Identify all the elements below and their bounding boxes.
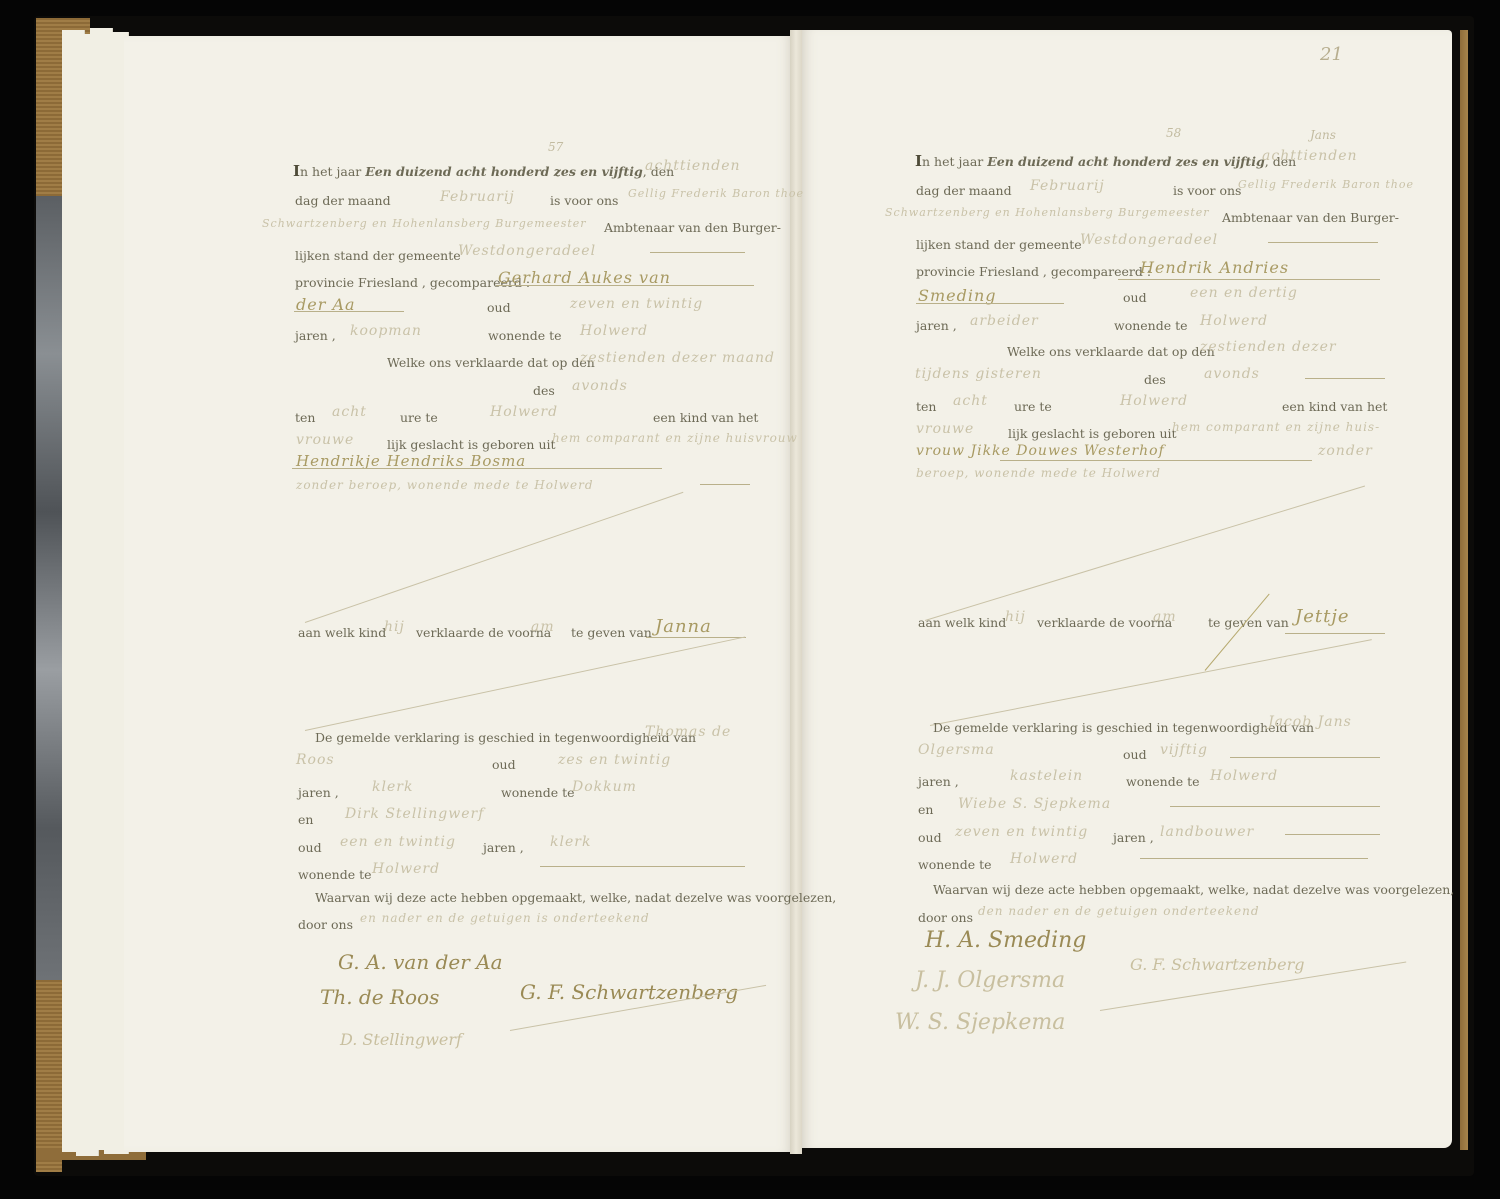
label-en: en: [298, 812, 313, 827]
rule: [294, 311, 404, 312]
signature: G. F. Schwartzenberg: [1130, 955, 1305, 974]
label-jaren: jaren ,: [916, 318, 957, 333]
hw-child-name: Jettje: [1295, 606, 1350, 627]
hw-witness2-name: Wiebe S. Sjepkema: [958, 796, 1111, 812]
label-tegenwoordigheid: De gemelde verklaring is geschied in teg…: [315, 730, 696, 745]
rule: [1000, 460, 1312, 461]
label-oud: oud: [298, 840, 322, 855]
label-waarvan: Waarvan wij deze acte hebben opgemaakt, …: [315, 890, 836, 905]
hw-month: Februarij: [440, 189, 515, 205]
hw-month: Februarij: [1030, 178, 1105, 194]
label-des: des: [1144, 372, 1166, 387]
label-ure-te: ure te: [400, 410, 438, 425]
label-wonende-te: wonende te: [918, 857, 992, 872]
label-aan-welk-kind: aan welk kind: [918, 615, 1006, 630]
hw-witness1-occupation: kastelein: [1010, 768, 1083, 784]
spine-cloth-bottom: [36, 980, 62, 1172]
hw-time-of-day: avonds: [572, 378, 628, 394]
hw-birth-day: zestienden dezer maand: [580, 350, 775, 366]
label-des: des: [533, 383, 555, 398]
hw-parents-c: zonder beroep, wonende mede te Holwerd: [296, 478, 594, 492]
label-kind-van-het: een kind van het: [653, 410, 758, 425]
label-geboren-uit: lijk geslacht is geboren uit: [1008, 426, 1177, 441]
rule: [1118, 279, 1380, 280]
hw-voorna-suffix: am: [531, 619, 555, 635]
label-geboren-uit: lijk geslacht is geboren uit: [387, 437, 556, 452]
hw-mother-name: vrouw Jikke Douwes Westerhof: [916, 443, 1165, 459]
label-jaren: jaren ,: [295, 328, 336, 343]
hw-official-a: Gellig Frederik Baron thoe: [628, 187, 804, 200]
signature: Th. de Roos: [320, 985, 439, 1009]
hw-witness2-age: een en twintig: [340, 834, 456, 850]
label-voor-ons: is voor ons: [1173, 183, 1241, 198]
signature: J. J. Olgersma: [915, 968, 1065, 993]
label-wonende-te: wonende te: [298, 867, 372, 882]
hw-birth-place: Holwerd: [1120, 393, 1188, 409]
hw-witness2-residence: Holwerd: [1010, 851, 1078, 867]
hw-time-of-day: avonds: [1204, 366, 1260, 382]
hw-witness1-residence: Holwerd: [1210, 768, 1278, 784]
signature: H. A. Smeding: [925, 928, 1086, 953]
hw-day: achttienden: [1262, 148, 1358, 164]
hw-declarant-a: Hendrik Andries: [1140, 258, 1289, 277]
label-ure-te: ure te: [1014, 399, 1052, 414]
rule: [700, 484, 750, 485]
record-number: 57: [548, 140, 563, 154]
hw-witness2-residence: Holwerd: [372, 861, 440, 877]
label-jaren: jaren ,: [918, 774, 959, 789]
label-gecompareerd: provincie Friesland , gecompareerd :: [295, 275, 530, 290]
label-wonende: wonende te: [1126, 774, 1200, 789]
hw-witness1-occupation: klerk: [372, 779, 413, 795]
signature: G. F. Schwartzenberg: [520, 980, 738, 1004]
rule: [1268, 242, 1378, 243]
hw-parents-a: hem comparant en zijne huisvrouw: [552, 431, 798, 445]
margin-note: Jans: [1310, 128, 1336, 142]
hw-hour: acht: [332, 404, 367, 420]
label-tegenwoordigheid: De gemelde verklaring is geschied in teg…: [933, 720, 1314, 735]
hw-municipality: Westdongeradeel: [1080, 232, 1218, 248]
hw-witness2-name: Dirk Stellingwerf: [345, 806, 484, 822]
label-en: en: [918, 802, 933, 817]
label-oud: oud: [1123, 290, 1147, 305]
hw-witness1-a: Jacob Jans: [1268, 714, 1352, 730]
hw-declarant-residence: Holwerd: [580, 323, 648, 339]
hw-witness2-occupation: klerk: [550, 834, 591, 850]
hw-declarant-age: een en dertig: [1190, 285, 1298, 301]
label-gemeente: lijken stand der gemeente: [295, 248, 461, 263]
label-wonende: wonende te: [488, 328, 562, 343]
hw-declarant-occupation: arbeider: [970, 313, 1039, 329]
hw-signers: en nader en de getuigen is onderteekend: [360, 911, 650, 925]
label-oud: oud: [918, 830, 942, 845]
rule: [1305, 378, 1385, 379]
right-page: [800, 30, 1452, 1148]
label-verklaarde: Welke ons verklaarde dat op den: [1007, 344, 1215, 359]
signature: D. Stellingwerf: [340, 1030, 462, 1049]
rule: [1140, 858, 1368, 859]
hw-birth-place: Holwerd: [490, 404, 558, 420]
label-ten: ten: [916, 399, 936, 414]
hw-hour: acht: [953, 393, 988, 409]
label-jaren: jaren ,: [1113, 830, 1154, 845]
hw-parents-a: hem comparant en zijne huis-: [1172, 420, 1380, 434]
hw-declarant-occupation: koopman: [350, 323, 422, 339]
hw-birth-day-b: tijdens gisteren: [915, 366, 1042, 382]
hw-sex: vrouwe: [916, 421, 974, 437]
rule: [1285, 834, 1380, 835]
rule: [916, 303, 1064, 304]
rule: [292, 468, 662, 469]
label-oud: oud: [492, 757, 516, 772]
rule: [646, 637, 746, 638]
hw-witness1-a: Thomas de: [645, 724, 731, 740]
label-oud: oud: [1123, 747, 1147, 762]
hw-official-b: Schwartzenberg en Hohenlansberg Burgemee…: [262, 217, 587, 230]
record-intro: In het jaar Een duizend acht honderd zes…: [293, 162, 674, 180]
record-intro: In het jaar Een duizend acht honderd zes…: [915, 152, 1296, 170]
label-waarvan: Waarvan wij deze acte hebben opgemaakt, …: [933, 882, 1454, 897]
label-voorna: verklaarde de voorna: [1037, 615, 1172, 630]
hw-official-b: Schwartzenberg en Hohenlansberg Burgemee…: [885, 206, 1210, 219]
label-door-ons: door ons: [298, 917, 353, 932]
rule: [1285, 633, 1385, 634]
label-kind-van-het: een kind van het: [1282, 399, 1387, 414]
label-month: dag der maand: [916, 183, 1012, 198]
hw-witness2-occupation: landbouwer: [1160, 824, 1254, 840]
hw-declarant-residence: Holwerd: [1200, 313, 1268, 329]
record-number: 58: [1166, 126, 1181, 140]
label-wonende: wonende te: [1114, 318, 1188, 333]
rule: [540, 866, 745, 867]
hw-gender-word: hij: [384, 619, 405, 635]
hw-day: achttienden: [645, 158, 741, 174]
signature: W. S. Sjepkema: [895, 1010, 1065, 1035]
hw-parents-c: beroep, wonende mede te Holwerd: [916, 466, 1161, 480]
hw-child-name: Janna: [655, 616, 712, 637]
signature: G. A. van der Aa: [338, 950, 503, 974]
label-gecompareerd: provincie Friesland , gecompareerd :: [916, 264, 1151, 279]
hw-witness1-age: vijftig: [1160, 742, 1208, 758]
label-ambtenaar: Ambtenaar van den Burger-: [604, 220, 781, 235]
label-ten: ten: [295, 410, 315, 425]
rule: [1230, 757, 1380, 758]
hw-declarant-age: zeven en twintig: [570, 296, 703, 312]
hw-official-a: Gellig Frederik Baron thoe: [1238, 178, 1414, 191]
hw-sex: vrouwe: [296, 432, 354, 448]
label-oud: oud: [487, 300, 511, 315]
hw-parents-b-end: zonder: [1318, 443, 1373, 459]
hw-birth-day: zestienden dezer: [1200, 339, 1337, 355]
rule: [650, 252, 745, 253]
label-aan-welk-kind: aan welk kind: [298, 625, 386, 640]
hw-voorna-suffix: am: [1153, 609, 1177, 625]
label-door-ons: door ons: [918, 910, 973, 925]
label-te-geven-van: te geven van: [571, 625, 652, 640]
cover-edge-right: [1460, 30, 1468, 1150]
label-ambtenaar: Ambtenaar van den Burger-: [1222, 210, 1399, 225]
hw-witness1-age: zes en twintig: [558, 752, 671, 768]
label-wonende: wonende te: [501, 785, 575, 800]
rule: [496, 285, 754, 286]
label-verklaarde: Welke ons verklaarde dat op den: [387, 355, 595, 370]
hw-signers: den nader en de getuigen onderteekend: [978, 904, 1260, 918]
label-jaren: jaren ,: [483, 840, 524, 855]
hw-municipality: Westdongeradeel: [458, 243, 596, 259]
hw-witness1-residence: Dokkum: [572, 779, 637, 795]
folio-number: 21: [1320, 44, 1343, 65]
label-voor-ons: is voor ons: [550, 193, 618, 208]
marbled-board: [36, 196, 62, 986]
label-gemeente: lijken stand der gemeente: [916, 237, 1082, 252]
hw-gender-word: hij: [1005, 609, 1026, 625]
rule: [1170, 806, 1380, 807]
label-jaren: jaren ,: [298, 785, 339, 800]
hw-witness1-b: Roos: [296, 752, 335, 768]
hw-witness1-b: Olgersma: [918, 742, 995, 758]
label-month: dag der maand: [295, 193, 391, 208]
hw-witness2-age: zeven en twintig: [955, 824, 1088, 840]
